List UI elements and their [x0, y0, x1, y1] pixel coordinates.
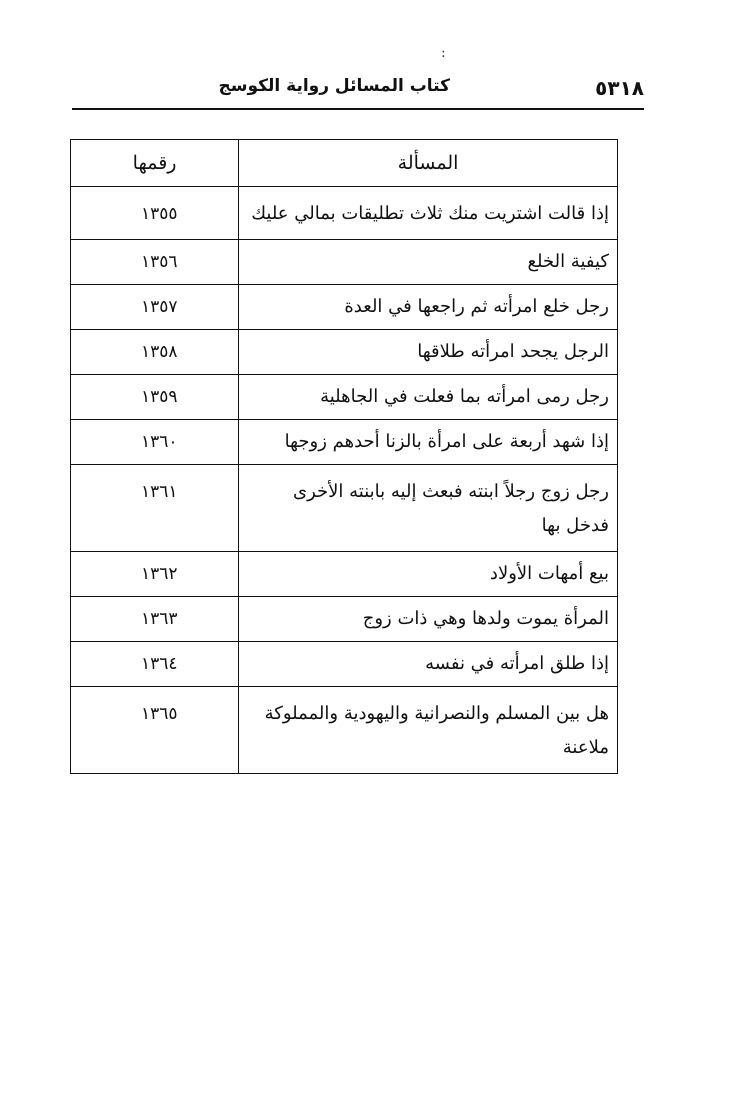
issue-cell: رجل زوج رجلاً ابنته فبعث إليه بابنته الأ…: [239, 465, 618, 552]
issues-index-table: المسألة رقمها إذا قالت اشتريت منك ثلاث ت…: [70, 139, 618, 774]
number-cell: ١٣٥٧: [71, 285, 239, 330]
number-cell: ١٣٦٣: [71, 597, 239, 642]
number-cell: ١٣٥٩: [71, 375, 239, 420]
number-cell: ١٣٦٢: [71, 552, 239, 597]
number-cell: ١٣٦٥: [71, 687, 239, 774]
header-rule: [72, 108, 644, 110]
issue-cell: إذا طلق امرأته في نفسه: [239, 642, 618, 687]
table-row: إذا طلق امرأته في نفسه ١٣٦٤: [71, 642, 618, 687]
running-head: ٥٣١٨ كتاب المسائل رواية الكوسج: [72, 74, 644, 104]
number-cell: ١٣٥٨: [71, 330, 239, 375]
column-header-number: رقمها: [71, 140, 239, 187]
table-row: الرجل يجحد امرأته طلاقها ١٣٥٨: [71, 330, 618, 375]
table-row: رجل رمى امرأته بما فعلت في الجاهلية ١٣٥٩: [71, 375, 618, 420]
issue-cell: هل بين المسلم والنصرانية واليهودية والمم…: [239, 687, 618, 774]
issue-cell: إذا قالت اشتريت منك ثلاث تطليقات بمالي ع…: [239, 187, 618, 240]
book-title: كتاب المسائل رواية الكوسج: [219, 76, 451, 96]
number-cell: ١٣٦٤: [71, 642, 239, 687]
table-row: إذا قالت اشتريت منك ثلاث تطليقات بمالي ع…: [71, 187, 618, 240]
table-row: بيع أمهات الأولاد ١٣٦٢: [71, 552, 618, 597]
issue-cell: إذا شهد أربعة على امرأة بالزنا أحدهم زوج…: [239, 420, 618, 465]
issue-cell: كيفية الخلع: [239, 240, 618, 285]
table-row: كيفية الخلع ١٣٥٦: [71, 240, 618, 285]
issue-cell: رجل خلع امرأته ثم راجعها في العدة: [239, 285, 618, 330]
number-cell: ١٣٥٥: [71, 187, 239, 240]
issue-cell: رجل رمى امرأته بما فعلت في الجاهلية: [239, 375, 618, 420]
table-row: رجل زوج رجلاً ابنته فبعث إليه بابنته الأ…: [71, 465, 618, 552]
number-cell: ١٣٥٦: [71, 240, 239, 285]
table-header-row: المسألة رقمها: [71, 140, 618, 187]
table-row: إذا شهد أربعة على امرأة بالزنا أحدهم زوج…: [71, 420, 618, 465]
stray-mark: :: [441, 46, 447, 60]
table-row: المرأة يموت ولدها وهي ذات زوج ١٣٦٣: [71, 597, 618, 642]
number-cell: ١٣٦١: [71, 465, 239, 552]
issue-cell: الرجل يجحد امرأته طلاقها: [239, 330, 618, 375]
issue-cell: بيع أمهات الأولاد: [239, 552, 618, 597]
table-row: رجل خلع امرأته ثم راجعها في العدة ١٣٥٧: [71, 285, 618, 330]
issue-cell: المرأة يموت ولدها وهي ذات زوج: [239, 597, 618, 642]
number-cell: ١٣٦٠: [71, 420, 239, 465]
page-number: ٥٣١٨: [595, 76, 644, 100]
column-header-issue: المسألة: [239, 140, 618, 187]
table-row: هل بين المسلم والنصرانية واليهودية والمم…: [71, 687, 618, 774]
